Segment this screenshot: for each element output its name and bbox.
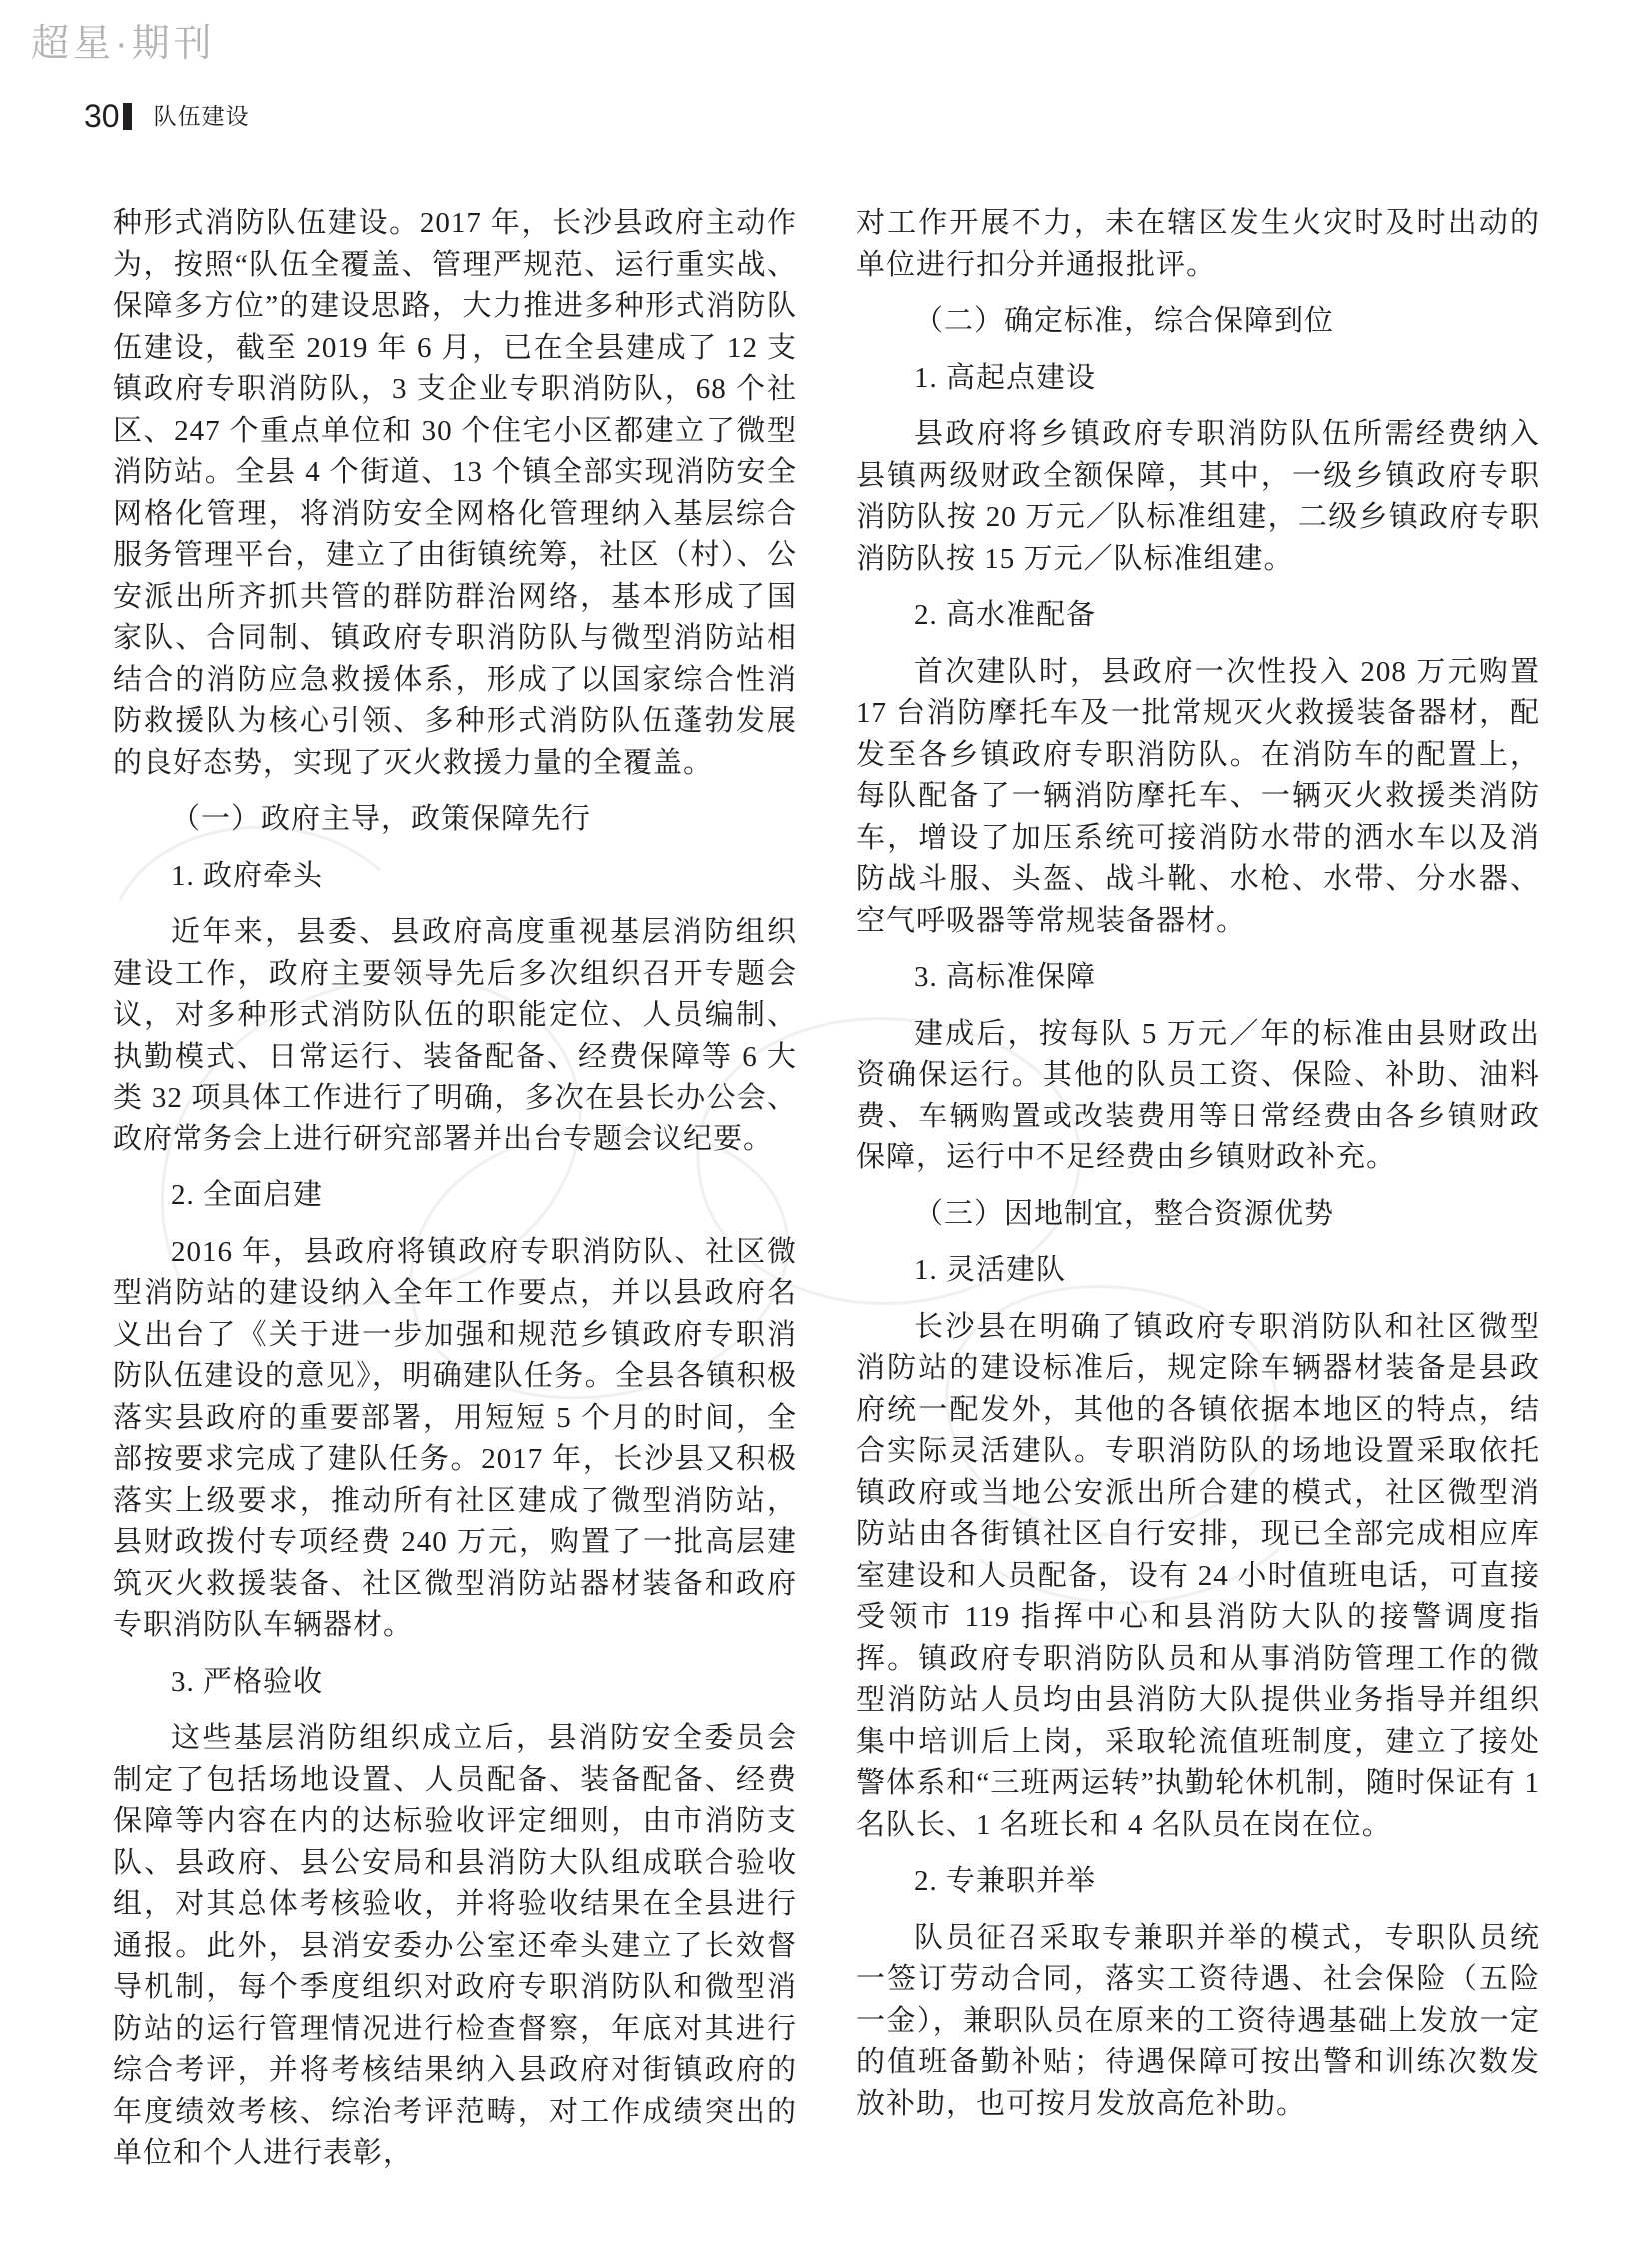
body-paragraph: 建成后，按每队 5 万元／年的标准由县财政出资确保运行。其他的队员工资、保险、补…	[856, 1014, 1540, 1179]
body-paragraph: 长沙县在明确了镇政府专职消防队和社区微型消防站的建设标准后，规定除车辆器材装备是…	[856, 1307, 1540, 1847]
section-divider-bar	[123, 103, 132, 130]
sub-heading: 2. 全面启建	[113, 1175, 797, 1217]
journal-page: 超星·期刊 30 队伍建设 种形式消防队伍建设。2017 年，长沙县政府主动作为…	[0, 0, 1652, 2241]
sub-heading: 3. 严格验收	[113, 1662, 797, 1704]
right-column: 对工作开展不力，未在辖区发生火灾时及时出动的单位进行扣分并通报批评。（二）确定标…	[856, 203, 1540, 2125]
body-paragraph: 队员征召采取专兼职并举的模式，专职队员统一签订劳动合同，落实工资待遇、社会保险（…	[856, 1918, 1540, 2126]
section-heading: （二）确定标准，综合保障到位	[856, 301, 1540, 343]
section-heading: （一）政府主导，政策保障先行	[113, 799, 797, 841]
page-header: 30 队伍建设	[84, 100, 250, 132]
brand-logo: 超星·期刊	[31, 12, 216, 67]
sub-heading: 2. 高水准配备	[856, 595, 1540, 637]
page-number: 30	[84, 100, 120, 132]
body-paragraph: 这些基层消防组织成立后，县消防安全委员会制定了包括场地设置、人员配备、装备配备、…	[113, 1718, 797, 2175]
sub-heading: 3. 高标准保障	[856, 957, 1540, 999]
paragraph-continuation: 种形式消防队伍建设。2017 年，长沙县政府主动作为，按照“队伍全覆盖、管理严规…	[113, 203, 797, 784]
body-paragraph: 2016 年，县政府将镇政府专职消防队、社区微型消防站的建设纳入全年工作要点，并…	[113, 1232, 797, 1647]
body-paragraph: 县政府将乡镇政府专职消防队伍所需经费纳入县镇两级财政全额保障，其中，一级乡镇政府…	[856, 414, 1540, 580]
sub-heading: 2. 专兼职并举	[856, 1861, 1540, 1903]
sub-heading: 1. 政府牵头	[113, 856, 797, 898]
paragraph-continuation: 对工作开展不力，未在辖区发生火灾时及时出动的单位进行扣分并通报批评。	[856, 203, 1540, 286]
left-column: 种形式消防队伍建设。2017 年，长沙县政府主动作为，按照“队伍全覆盖、管理严规…	[113, 203, 797, 2175]
body-paragraph: 近年来，县委、县政府高度重视基层消防组织建设工作，政府主要领导先后多次组织召开专…	[113, 912, 797, 1160]
section-heading: （三）因地制宜，整合资源优势	[856, 1194, 1540, 1236]
sub-heading: 1. 灵活建队	[856, 1250, 1540, 1292]
sub-heading: 1. 高起点建设	[856, 358, 1540, 400]
section-title: 队伍建设	[154, 105, 250, 128]
body-paragraph: 首次建队时，县政府一次性投入 208 万元购置 17 台消防摩托车及一批常规灭火…	[856, 652, 1540, 943]
